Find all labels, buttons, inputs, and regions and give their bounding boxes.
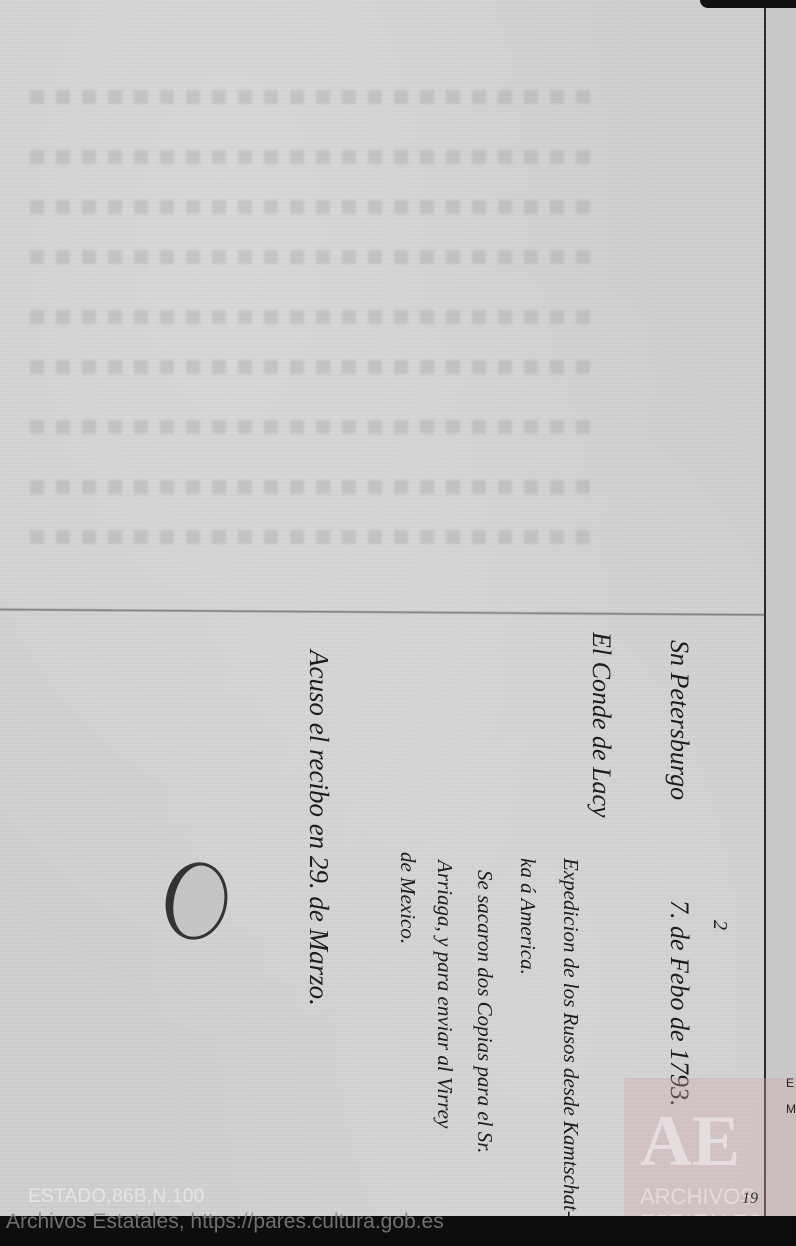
summary-line-2: ka á America. [515, 858, 540, 975]
bleed-through-text [30, 150, 590, 164]
docket-place: Sn Petersburgo [664, 640, 694, 800]
summary-line-5: de Mexico. [395, 852, 420, 944]
bleed-through-text [30, 420, 590, 434]
bleed-through-text [30, 250, 590, 264]
summary-line-3: Se sacaron dos Copias para el Sr. [472, 870, 497, 1153]
bleed-through-text [30, 360, 590, 374]
receipt-note: Acuso el recibo en 29. de Marzo. [303, 650, 334, 1006]
docket-sender: El Conde de Lacy [586, 632, 616, 818]
summary-line-1: Expedicion de los Rusos desde Kamtschat- [558, 858, 583, 1218]
bleed-through-text [30, 310, 590, 324]
archive-logo-letters: AE [640, 1100, 740, 1183]
docket-date: 7. de Febo de 1793. [664, 900, 694, 1107]
edge-fragment: M [786, 1096, 796, 1122]
docket-page-mark: 2 [708, 920, 731, 930]
bleed-through-text [30, 90, 590, 104]
scan-edge-shadow [700, 0, 796, 8]
archive-credit-watermark: Archivos Estatales, https://pares.cultur… [6, 1210, 444, 1234]
edge-fragment: E [786, 1070, 796, 1096]
bleed-through-text [30, 530, 590, 544]
summary-line-4: Arriaga, y para enviar al Virrey [432, 860, 457, 1128]
adjacent-page-edge [764, 0, 796, 1228]
bleed-through-text [30, 200, 590, 214]
reference-code-watermark: ESTADO,86B,N.100 [28, 1186, 205, 1208]
folio-number: 19 [742, 1190, 758, 1208]
bleed-through-text [30, 480, 590, 494]
right-edge-fragments: E M [786, 1070, 796, 1122]
